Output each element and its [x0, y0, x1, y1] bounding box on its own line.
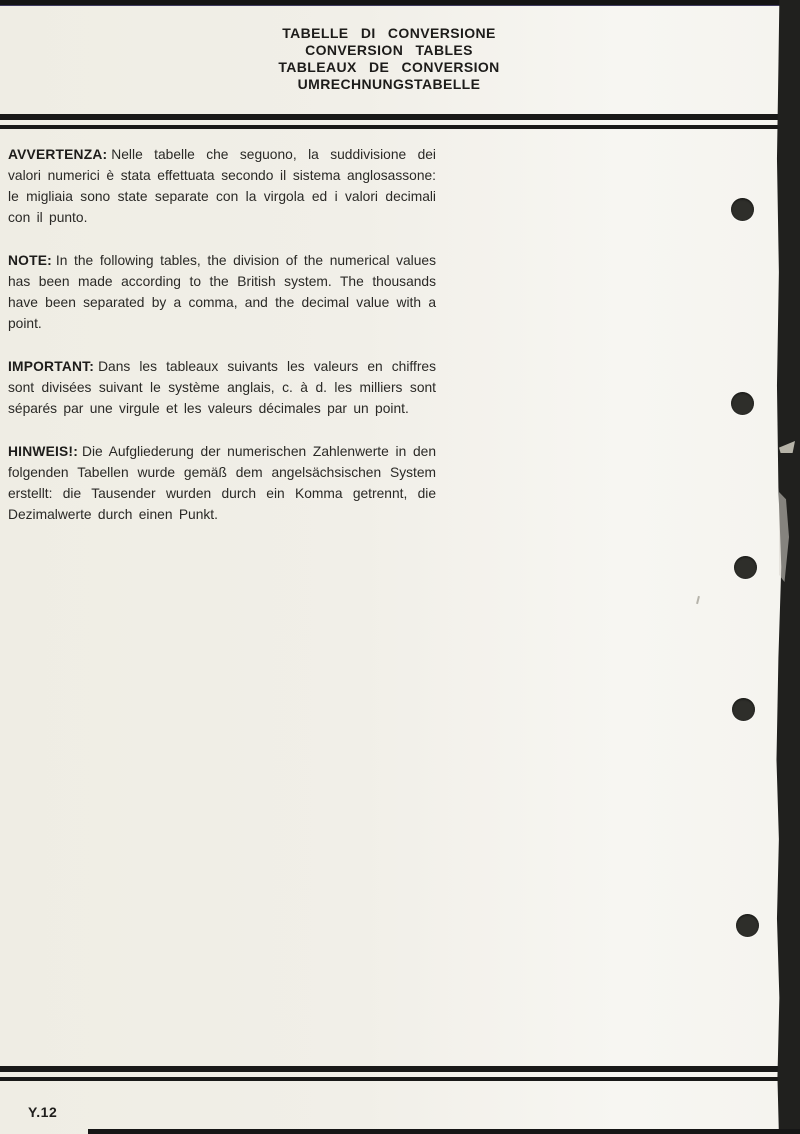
scanned-manual-page: TABELLE DI CONVERSIONE CONVERSION TABLES…: [0, 0, 800, 1134]
page-number: Y.12: [28, 1104, 57, 1120]
title-line-english: CONVERSION TABLES: [0, 42, 778, 59]
binder-hole: [731, 392, 754, 415]
paper-flaw-mark: [696, 596, 700, 604]
binder-hole: [732, 698, 755, 721]
top-divider-rule-thick: [0, 114, 800, 120]
title-line-french: TABLEAUX DE CONVERSION: [0, 59, 778, 76]
page-title-block: TABELLE DI CONVERSIONE CONVERSION TABLES…: [0, 25, 778, 93]
title-line-italian: TABELLE DI CONVERSIONE: [0, 25, 778, 42]
conversion-notes-section: AVVERTENZA:Nelle tabelle che seguono, la…: [8, 144, 436, 547]
top-divider-rule-thin: [0, 125, 800, 129]
paragraph-lead-french: IMPORTANT:: [8, 359, 94, 374]
title-line-german: UMRECHNUNGSTABELLE: [0, 76, 778, 93]
paragraph-lead-italian: AVVERTENZA:: [8, 147, 107, 162]
paragraph-lead-english: NOTE:: [8, 253, 52, 268]
binder-hole: [731, 198, 754, 221]
paragraph-text-english: In the following tables, the division of…: [8, 253, 436, 331]
note-paragraph-english: NOTE:In the following tables, the divisi…: [8, 250, 436, 334]
note-paragraph-german: HINWEIS!:Die Aufgliederung der numerisch…: [8, 441, 436, 525]
scan-edge-bottom: [88, 1129, 800, 1134]
binder-hole: [736, 914, 759, 937]
note-paragraph-french: IMPORTANT:Dans les tableaux suivants les…: [8, 356, 436, 419]
bottom-divider-rule-thin: [0, 1077, 800, 1081]
paragraph-lead-german: HINWEIS!:: [8, 444, 78, 459]
bottom-divider-rule-thick: [0, 1066, 800, 1072]
binder-hole: [734, 556, 757, 579]
scan-edge-top: [0, 0, 800, 6]
note-paragraph-italian: AVVERTENZA:Nelle tabelle che seguono, la…: [8, 144, 436, 228]
